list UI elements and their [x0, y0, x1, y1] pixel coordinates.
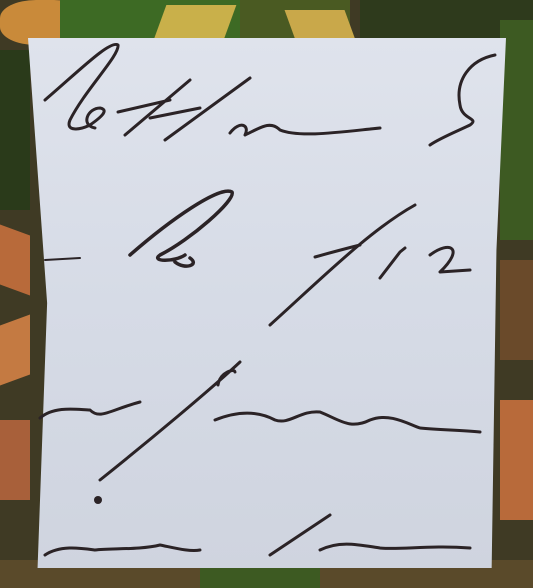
handwriting-ink — [0, 0, 533, 588]
